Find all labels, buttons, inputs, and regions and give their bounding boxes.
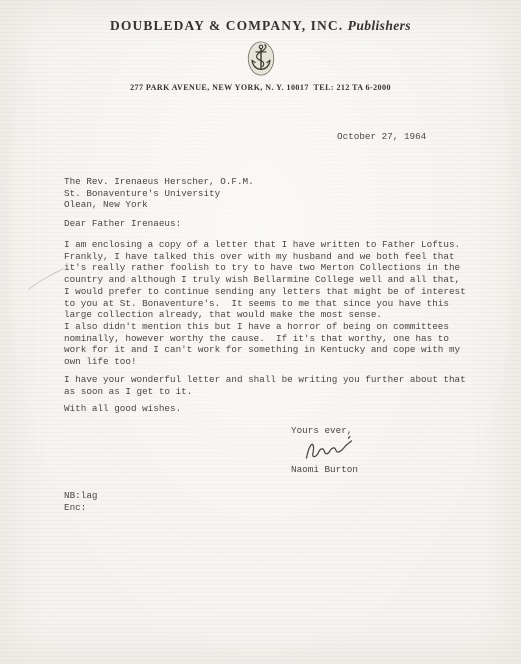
- letter-date: October 27, 1964: [337, 131, 426, 143]
- handwritten-signature: [302, 434, 362, 468]
- anchor-dolphin-logo-icon: [244, 36, 278, 86]
- body-paragraph: With all good wishes.: [64, 403, 504, 415]
- typist-reference: NB:lag: [64, 490, 97, 502]
- letterhead-address: 277 PARK AVENUE, NEW YORK, N. Y. 10017 T…: [0, 83, 521, 92]
- body-paragraph: I am enclosing a copy of a letter that I…: [64, 239, 504, 321]
- scanned-letter-page: DOUBLEDAY & COMPANY, INC. Publishers: [0, 0, 521, 664]
- company-tagline: Publishers: [348, 18, 411, 33]
- salutation: Dear Father Irenaeus:: [64, 218, 181, 230]
- typed-signature-name: Naomi Burton: [291, 464, 358, 476]
- logo-wrap: [0, 36, 521, 86]
- letterhead-company-line: DOUBLEDAY & COMPANY, INC. Publishers: [0, 18, 521, 34]
- pencil-mark: [26, 262, 66, 297]
- recipient-address-block: The Rev. Irenaeus Herscher, O.F.M. St. B…: [64, 176, 254, 211]
- body-paragraph: I also didn't mention this but I have a …: [64, 321, 504, 368]
- enclosure-notation: Enc:: [64, 502, 86, 514]
- body-paragraph: I have your wonderful letter and shall b…: [64, 374, 504, 397]
- company-name: DOUBLEDAY & COMPANY, INC.: [110, 18, 343, 33]
